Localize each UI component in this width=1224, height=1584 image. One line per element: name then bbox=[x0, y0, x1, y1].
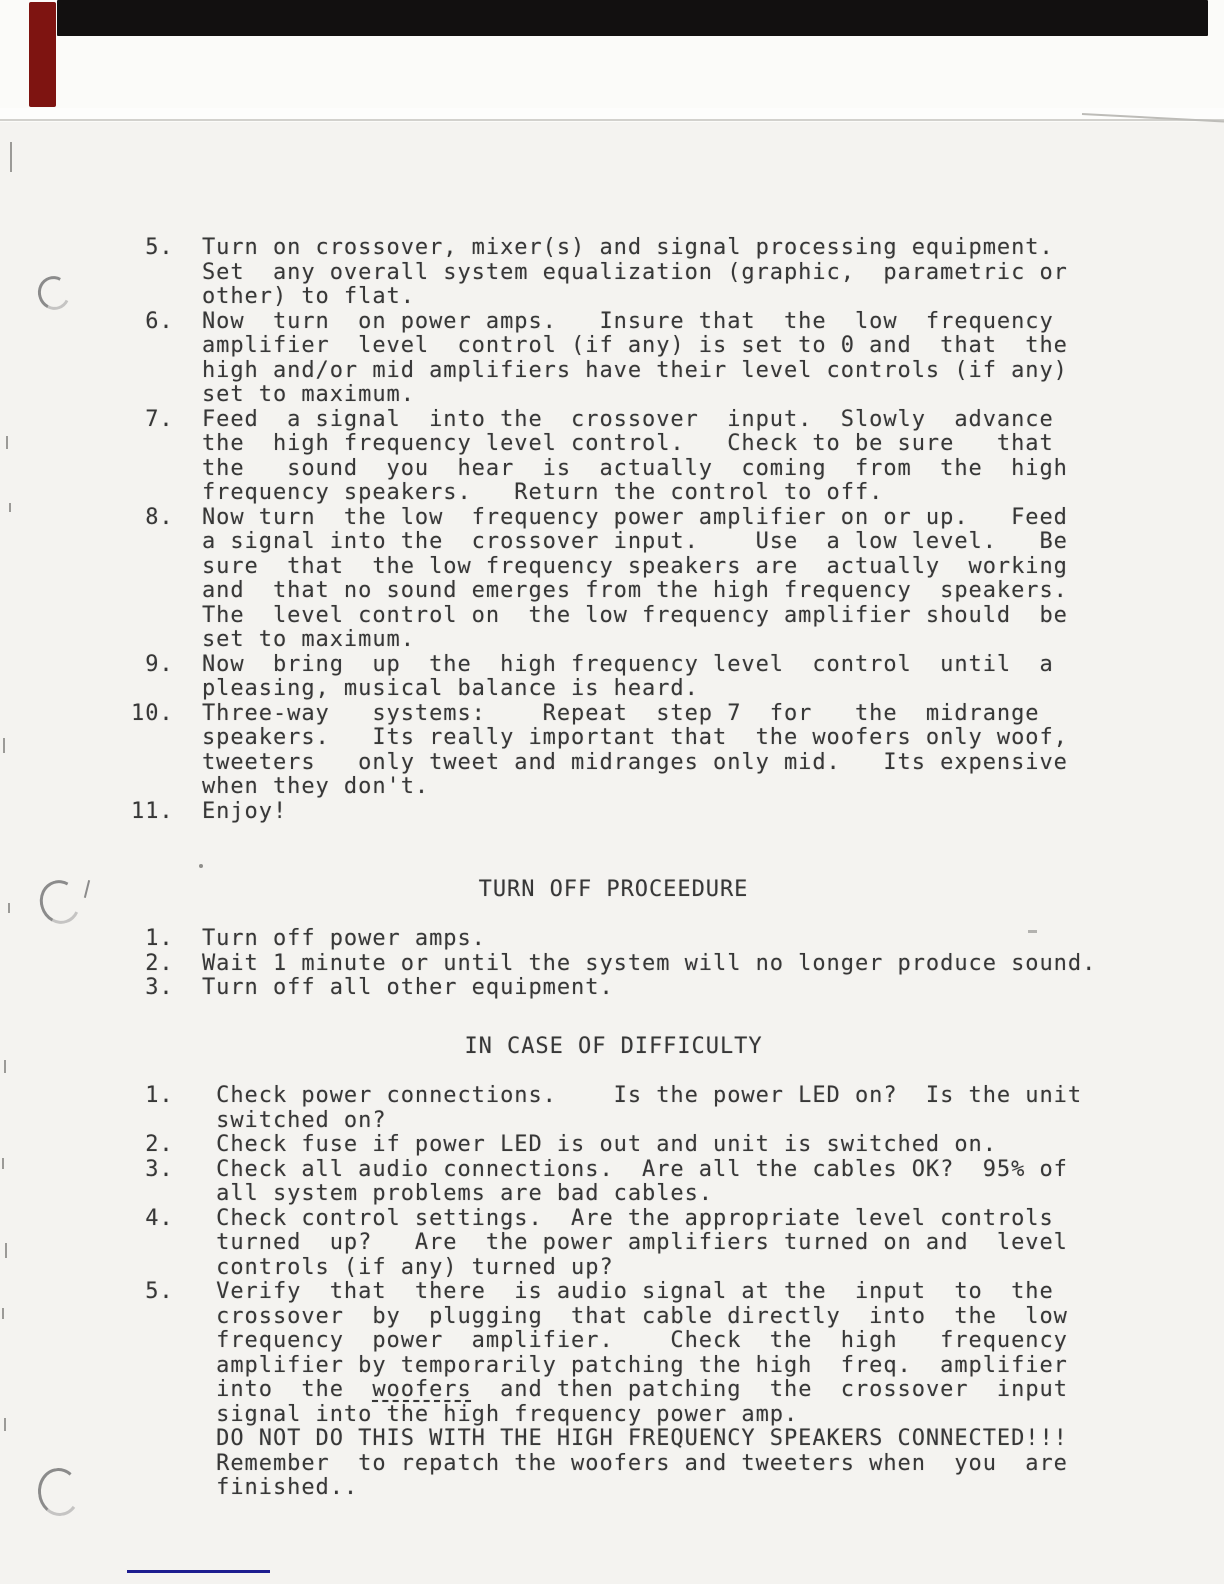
margin-speck bbox=[2, 1158, 4, 1169]
item-number-line: 3. Check all audio connections. Are all … bbox=[131, 1158, 1096, 1183]
item-text-line: and that no sound emerges from the high … bbox=[131, 579, 1096, 604]
item-number-line: 10. Three-way systems: Repeat step 7 for… bbox=[131, 702, 1096, 727]
item-text-line: into the woofers and then patching the c… bbox=[131, 1378, 1096, 1403]
item-number-line: 1. Turn off power amps. bbox=[131, 927, 1096, 952]
page-top-edge-line bbox=[0, 119, 1224, 121]
item-number-line: 5. Verify that there is audio signal at … bbox=[131, 1280, 1096, 1305]
list-item: 3. Check all audio connections. Are all … bbox=[131, 1158, 1096, 1207]
list-item: 5. Verify that there is audio signal at … bbox=[131, 1280, 1096, 1501]
item-number-line: 2. Check fuse if power LED is out and un… bbox=[131, 1133, 1096, 1158]
margin-speck bbox=[6, 436, 8, 449]
turn-off-list: 1. Turn off power amps. 2. Wait 1 minute… bbox=[131, 927, 1096, 1001]
item-text-line: frequency power amplifier. Check the hig… bbox=[131, 1329, 1096, 1354]
item-number-line: 9. Now bring up the high frequency level… bbox=[131, 653, 1096, 678]
turn-off-heading: TURN OFF PROCEEDURE bbox=[131, 878, 1096, 903]
list-item: 2. Wait 1 minute or until the system wil… bbox=[131, 952, 1096, 977]
item-text-line: turned up? Are the power amplifiers turn… bbox=[131, 1231, 1096, 1256]
item-number-line: 2. Wait 1 minute or until the system wil… bbox=[131, 952, 1096, 977]
item-text-line: other) to flat. bbox=[131, 285, 1096, 310]
item-text-line: pleasing, musical balance is heard. bbox=[131, 677, 1096, 702]
item-text-line: frequency speakers. Return the control t… bbox=[131, 481, 1096, 506]
list-item: 2. Check fuse if power LED is out and un… bbox=[131, 1133, 1096, 1158]
document-text: 5. Turn on crossover, mixer(s) and signa… bbox=[131, 236, 1096, 1501]
item-text-line: Remember to repatch the woofers and twee… bbox=[131, 1452, 1096, 1477]
item-text-line: signal into the high frequency power amp… bbox=[131, 1403, 1096, 1428]
margin-speck bbox=[8, 903, 10, 913]
item-text-line: when they don't. bbox=[131, 775, 1096, 800]
list-item: 5. Turn on crossover, mixer(s) and signa… bbox=[131, 236, 1096, 310]
setup-steps-list: 5. Turn on crossover, mixer(s) and signa… bbox=[131, 236, 1096, 824]
item-number-line: 8. Now turn the low frequency power ampl… bbox=[131, 506, 1096, 531]
margin-speck bbox=[4, 1418, 6, 1431]
item-number-line: 6. Now turn on power amps. Insure that t… bbox=[131, 310, 1096, 335]
list-item: 1. Check power connections. Is the power… bbox=[131, 1084, 1096, 1133]
item-text-line: high and/or mid amplifiers have their le… bbox=[131, 359, 1096, 384]
list-item: 7. Feed a signal into the crossover inpu… bbox=[131, 408, 1096, 506]
item-text-line: speakers. Its really important that the … bbox=[131, 726, 1096, 751]
item-text-line: finished.. bbox=[131, 1476, 1096, 1501]
item-text-line: amplifier level control (if any) is set … bbox=[131, 334, 1096, 359]
margin-speck bbox=[4, 1060, 6, 1073]
margin-speck bbox=[5, 1243, 7, 1258]
underlined-word: woofers bbox=[372, 1377, 471, 1402]
item-text-line: sure that the low frequency speakers are… bbox=[131, 555, 1096, 580]
item-text-line: The level control on the low frequency a… bbox=[131, 604, 1096, 629]
copier-black-band bbox=[57, 0, 1208, 36]
difficulty-list: 1. Check power connections. Is the power… bbox=[131, 1084, 1096, 1501]
item-text-line: a signal into the crossover input. Use a… bbox=[131, 530, 1096, 555]
item-text-line: DO NOT DO THIS WITH THE HIGH FREQUENCY S… bbox=[131, 1427, 1096, 1452]
item-number-line: 4. Check control settings. Are the appro… bbox=[131, 1207, 1096, 1232]
list-item: 1. Turn off power amps. bbox=[131, 927, 1096, 952]
list-item: 8. Now turn the low frequency power ampl… bbox=[131, 506, 1096, 653]
margin-speck bbox=[2, 1308, 4, 1319]
item-text-line: crossover by plugging that cable directl… bbox=[131, 1305, 1096, 1330]
list-item: 9. Now bring up the high frequency level… bbox=[131, 653, 1096, 702]
scanned-page: { "colors": { "paper": "#f4f3f0", "text_… bbox=[0, 0, 1224, 1584]
margin-speck bbox=[3, 738, 5, 753]
item-number-line: 7. Feed a signal into the crossover inpu… bbox=[131, 408, 1096, 433]
list-item: 4. Check control settings. Are the appro… bbox=[131, 1207, 1096, 1281]
item-text-line: the high frequency level control. Check … bbox=[131, 432, 1096, 457]
item-number-line: 11. Enjoy! bbox=[131, 800, 1096, 825]
difficulty-heading: IN CASE OF DIFFICULTY bbox=[131, 1035, 1096, 1060]
copier-red-bar bbox=[29, 2, 56, 107]
item-number-line: 5. Turn on crossover, mixer(s) and signa… bbox=[131, 236, 1096, 261]
blue-pen-underline bbox=[127, 1570, 270, 1573]
item-text-line: set to maximum. bbox=[131, 628, 1096, 653]
item-text-line: the sound you hear is actually coming fr… bbox=[131, 457, 1096, 482]
list-item: 11. Enjoy! bbox=[131, 800, 1096, 825]
item-text-line: amplifier by temporarily patching the hi… bbox=[131, 1354, 1096, 1379]
item-text-line: tweeters only tweet and midranges only m… bbox=[131, 751, 1096, 776]
item-number-line: 3. Turn off all other equipment. bbox=[131, 976, 1096, 1001]
item-text-line: controls (if any) turned up? bbox=[131, 1256, 1096, 1281]
item-text-line: all system problems are bad cables. bbox=[131, 1182, 1096, 1207]
list-item: 10. Three-way systems: Repeat step 7 for… bbox=[131, 702, 1096, 800]
item-text-line: Set any overall system equalization (gra… bbox=[131, 261, 1096, 286]
margin-speck bbox=[9, 503, 11, 512]
item-number-line: 1. Check power connections. Is the power… bbox=[131, 1084, 1096, 1109]
item-text-line: set to maximum. bbox=[131, 383, 1096, 408]
list-item: 6. Now turn on power amps. Insure that t… bbox=[131, 310, 1096, 408]
margin-speck bbox=[10, 142, 12, 172]
item-text-line: switched on? bbox=[131, 1109, 1096, 1134]
list-item: 3. Turn off all other equipment. bbox=[131, 976, 1096, 1001]
